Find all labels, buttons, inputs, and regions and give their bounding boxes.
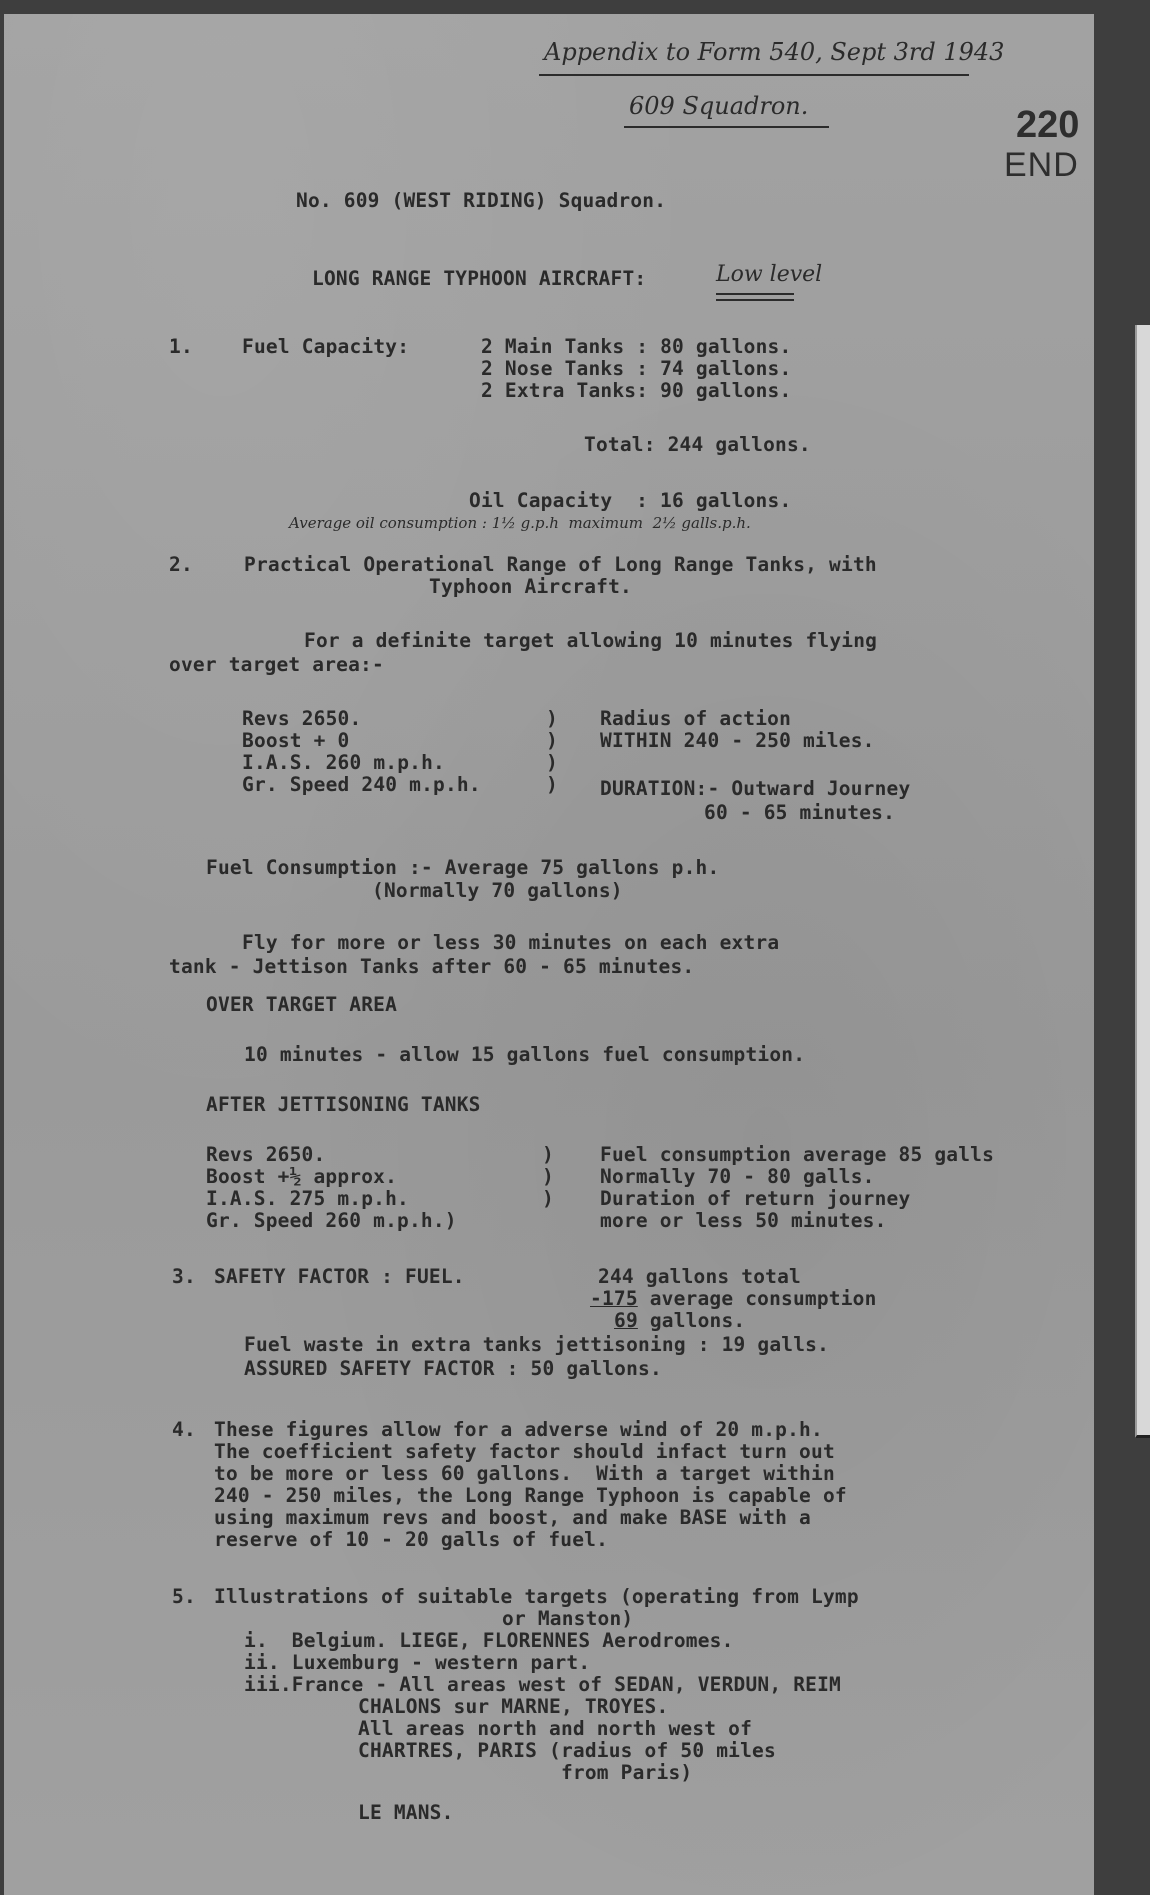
fuel-capacity-label: Fuel Capacity:	[242, 336, 409, 358]
france-cont-3: CHARTRES, PARIS (radius of 50 miles	[358, 1740, 776, 1762]
section-2-heading-line2: Typhoon Aircraft.	[429, 576, 632, 598]
section-4-line6: reserve of 10 - 20 galls of fuel.	[214, 1529, 608, 1551]
return-bracket-1: )	[542, 1144, 554, 1166]
assured-safety-factor: ASSURED SAFETY FACTOR : 50 gallons.	[244, 1358, 662, 1380]
section-2-heading-line1: Practical Operational Range of Long Rang…	[244, 554, 877, 576]
intro-line2: over target area:-	[169, 654, 384, 676]
return-note-1: Fuel consumption average 85 galls	[600, 1144, 994, 1166]
underlying-page-edge	[1135, 325, 1150, 1438]
document-page: Appendix to Form 540, Sept 3rd 1943 609 …	[4, 14, 1094, 1895]
average-consumption-label: average consumption	[638, 1287, 877, 1310]
section-4-line2: The coefficient safety factor should inf…	[214, 1441, 835, 1463]
section-5-number: 5.	[172, 1586, 196, 1608]
section-5-heading-line2: or Manston)	[502, 1608, 633, 1630]
section-4-line1: These figures allow for a adverse wind o…	[214, 1419, 823, 1441]
section-4-line5: using maximum revs and boost, and make B…	[214, 1507, 811, 1529]
squadron-underline	[624, 126, 829, 128]
return-ground-speed: Gr. Speed 260 m.p.h.)	[206, 1210, 457, 1232]
after-jettison-heading: AFTER JETTISONING TANKS	[206, 1094, 481, 1116]
france-cont-5: LE MANS.	[358, 1802, 454, 1824]
target-luxemburg: ii. Luxemburg - western part.	[244, 1652, 590, 1674]
handwritten-appendix-note: Appendix to Form 540, Sept 3rd 1943	[544, 38, 1004, 66]
total-gallons: 244	[598, 1265, 634, 1288]
handwritten-oil-consumption: Average oil consumption : 1½ g.p.h maxim…	[289, 514, 751, 532]
france-cont-4: from Paris)	[358, 1762, 692, 1784]
handwritten-low-level: Low level	[716, 262, 822, 287]
safety-calc-line2: -175 average consumption	[590, 1288, 877, 1310]
average-consumption: -175	[590, 1287, 638, 1310]
consumption-line2: (Normally 70 gallons)	[372, 880, 623, 902]
handwritten-squadron-note: 609 Squadron.	[629, 92, 808, 120]
return-note-3: Duration of return journey	[600, 1188, 910, 1210]
section-4-line3: to be more or less 60 gallons. With a ta…	[214, 1463, 835, 1485]
section-4-line4: 240 - 250 miles, the Long Range Typhoon …	[214, 1485, 847, 1507]
radius-line2: WITHIN 240 - 250 miles.	[600, 730, 875, 752]
fly-line2: tank - Jettison Tanks after 60 - 65 minu…	[169, 956, 694, 978]
target-france: iii.France - All areas west of SEDAN, VE…	[244, 1674, 841, 1696]
target-belgium: i. Belgium. LIEGE, FLORENNES Aerodromes.	[244, 1630, 734, 1652]
outward-revs: Revs 2650.	[242, 708, 361, 730]
return-note-4: more or less 50 minutes.	[600, 1210, 887, 1232]
low-level-underline-2	[716, 299, 794, 301]
total-gallons-label: gallons total	[634, 1265, 801, 1288]
over-target-heading: OVER TARGET AREA	[206, 994, 397, 1016]
consumption-line1: Fuel Consumption :- Average 75 gallons p…	[206, 857, 719, 879]
france-cont-2: All areas north and north west of	[358, 1718, 752, 1740]
section-3-number: 3.	[172, 1266, 196, 1288]
over-target-text: 10 minutes - allow 15 gallons fuel consu…	[244, 1044, 805, 1066]
return-note-2: Normally 70 - 80 galls.	[600, 1166, 875, 1188]
outward-boost: Boost + 0	[242, 730, 349, 752]
outward-ground-speed: Gr. Speed 240 m.p.h.	[242, 774, 481, 796]
folio-number: 220	[1016, 104, 1079, 147]
france-cont-1: CHALONS sur MARNE, TROYES.	[358, 1696, 668, 1718]
return-bracket-3: )	[542, 1188, 554, 1210]
return-revs: Revs 2650.	[206, 1144, 325, 1166]
document-title: LONG RANGE TYPHOON AIRCRAFT:	[312, 268, 646, 290]
squadron-heading: No. 609 (WEST RIDING) Squadron.	[296, 190, 666, 212]
section-2-number: 2.	[169, 554, 193, 576]
return-boost: Boost +½ approx.	[206, 1166, 397, 1188]
safety-calc-line1: 244 gallons total	[598, 1266, 801, 1288]
nose-tanks: 2 Nose Tanks : 74 gallons.	[481, 358, 791, 380]
duration-line2: 60 - 65 minutes.	[704, 802, 895, 824]
oil-capacity: Oil Capacity : 16 gallons.	[469, 490, 791, 512]
intro-line1: For a definite target allowing 10 minute…	[304, 630, 877, 652]
fuel-waste: Fuel waste in extra tanks jettisoning : …	[244, 1334, 829, 1356]
remaining-gallons: 69	[614, 1309, 638, 1332]
end-mark: END	[1004, 146, 1079, 185]
duration-line1: DURATION:- Outward Journey	[600, 778, 910, 800]
extra-tanks: 2 Extra Tanks: 90 gallons.	[481, 380, 791, 402]
outward-bracket-4: )	[546, 774, 558, 796]
fly-line1: Fly for more or less 30 minutes on each …	[242, 932, 779, 954]
section-4-number: 4.	[172, 1419, 196, 1441]
return-ias: I.A.S. 275 m.p.h.	[206, 1188, 409, 1210]
outward-bracket-1: )	[546, 708, 558, 730]
fuel-total: Total: 244 gallons.	[584, 434, 811, 456]
low-level-underline-1	[716, 293, 794, 295]
appendix-underline	[539, 74, 969, 76]
safety-calc-line3: 69 gallons.	[614, 1310, 745, 1332]
safety-factor-label: SAFETY FACTOR : FUEL.	[214, 1266, 465, 1288]
section-5-heading-line1: Illustrations of suitable targets (opera…	[214, 1586, 859, 1608]
return-bracket-2: )	[542, 1166, 554, 1188]
remaining-gallons-label: gallons.	[638, 1309, 745, 1332]
section-1-number: 1.	[169, 336, 193, 358]
outward-ias: I.A.S. 260 m.p.h.	[242, 752, 445, 774]
radius-line1: Radius of action	[600, 708, 791, 730]
outward-bracket-2: )	[546, 730, 558, 752]
main-tanks: 2 Main Tanks : 80 gallons.	[481, 336, 791, 358]
outward-bracket-3: )	[546, 752, 558, 774]
